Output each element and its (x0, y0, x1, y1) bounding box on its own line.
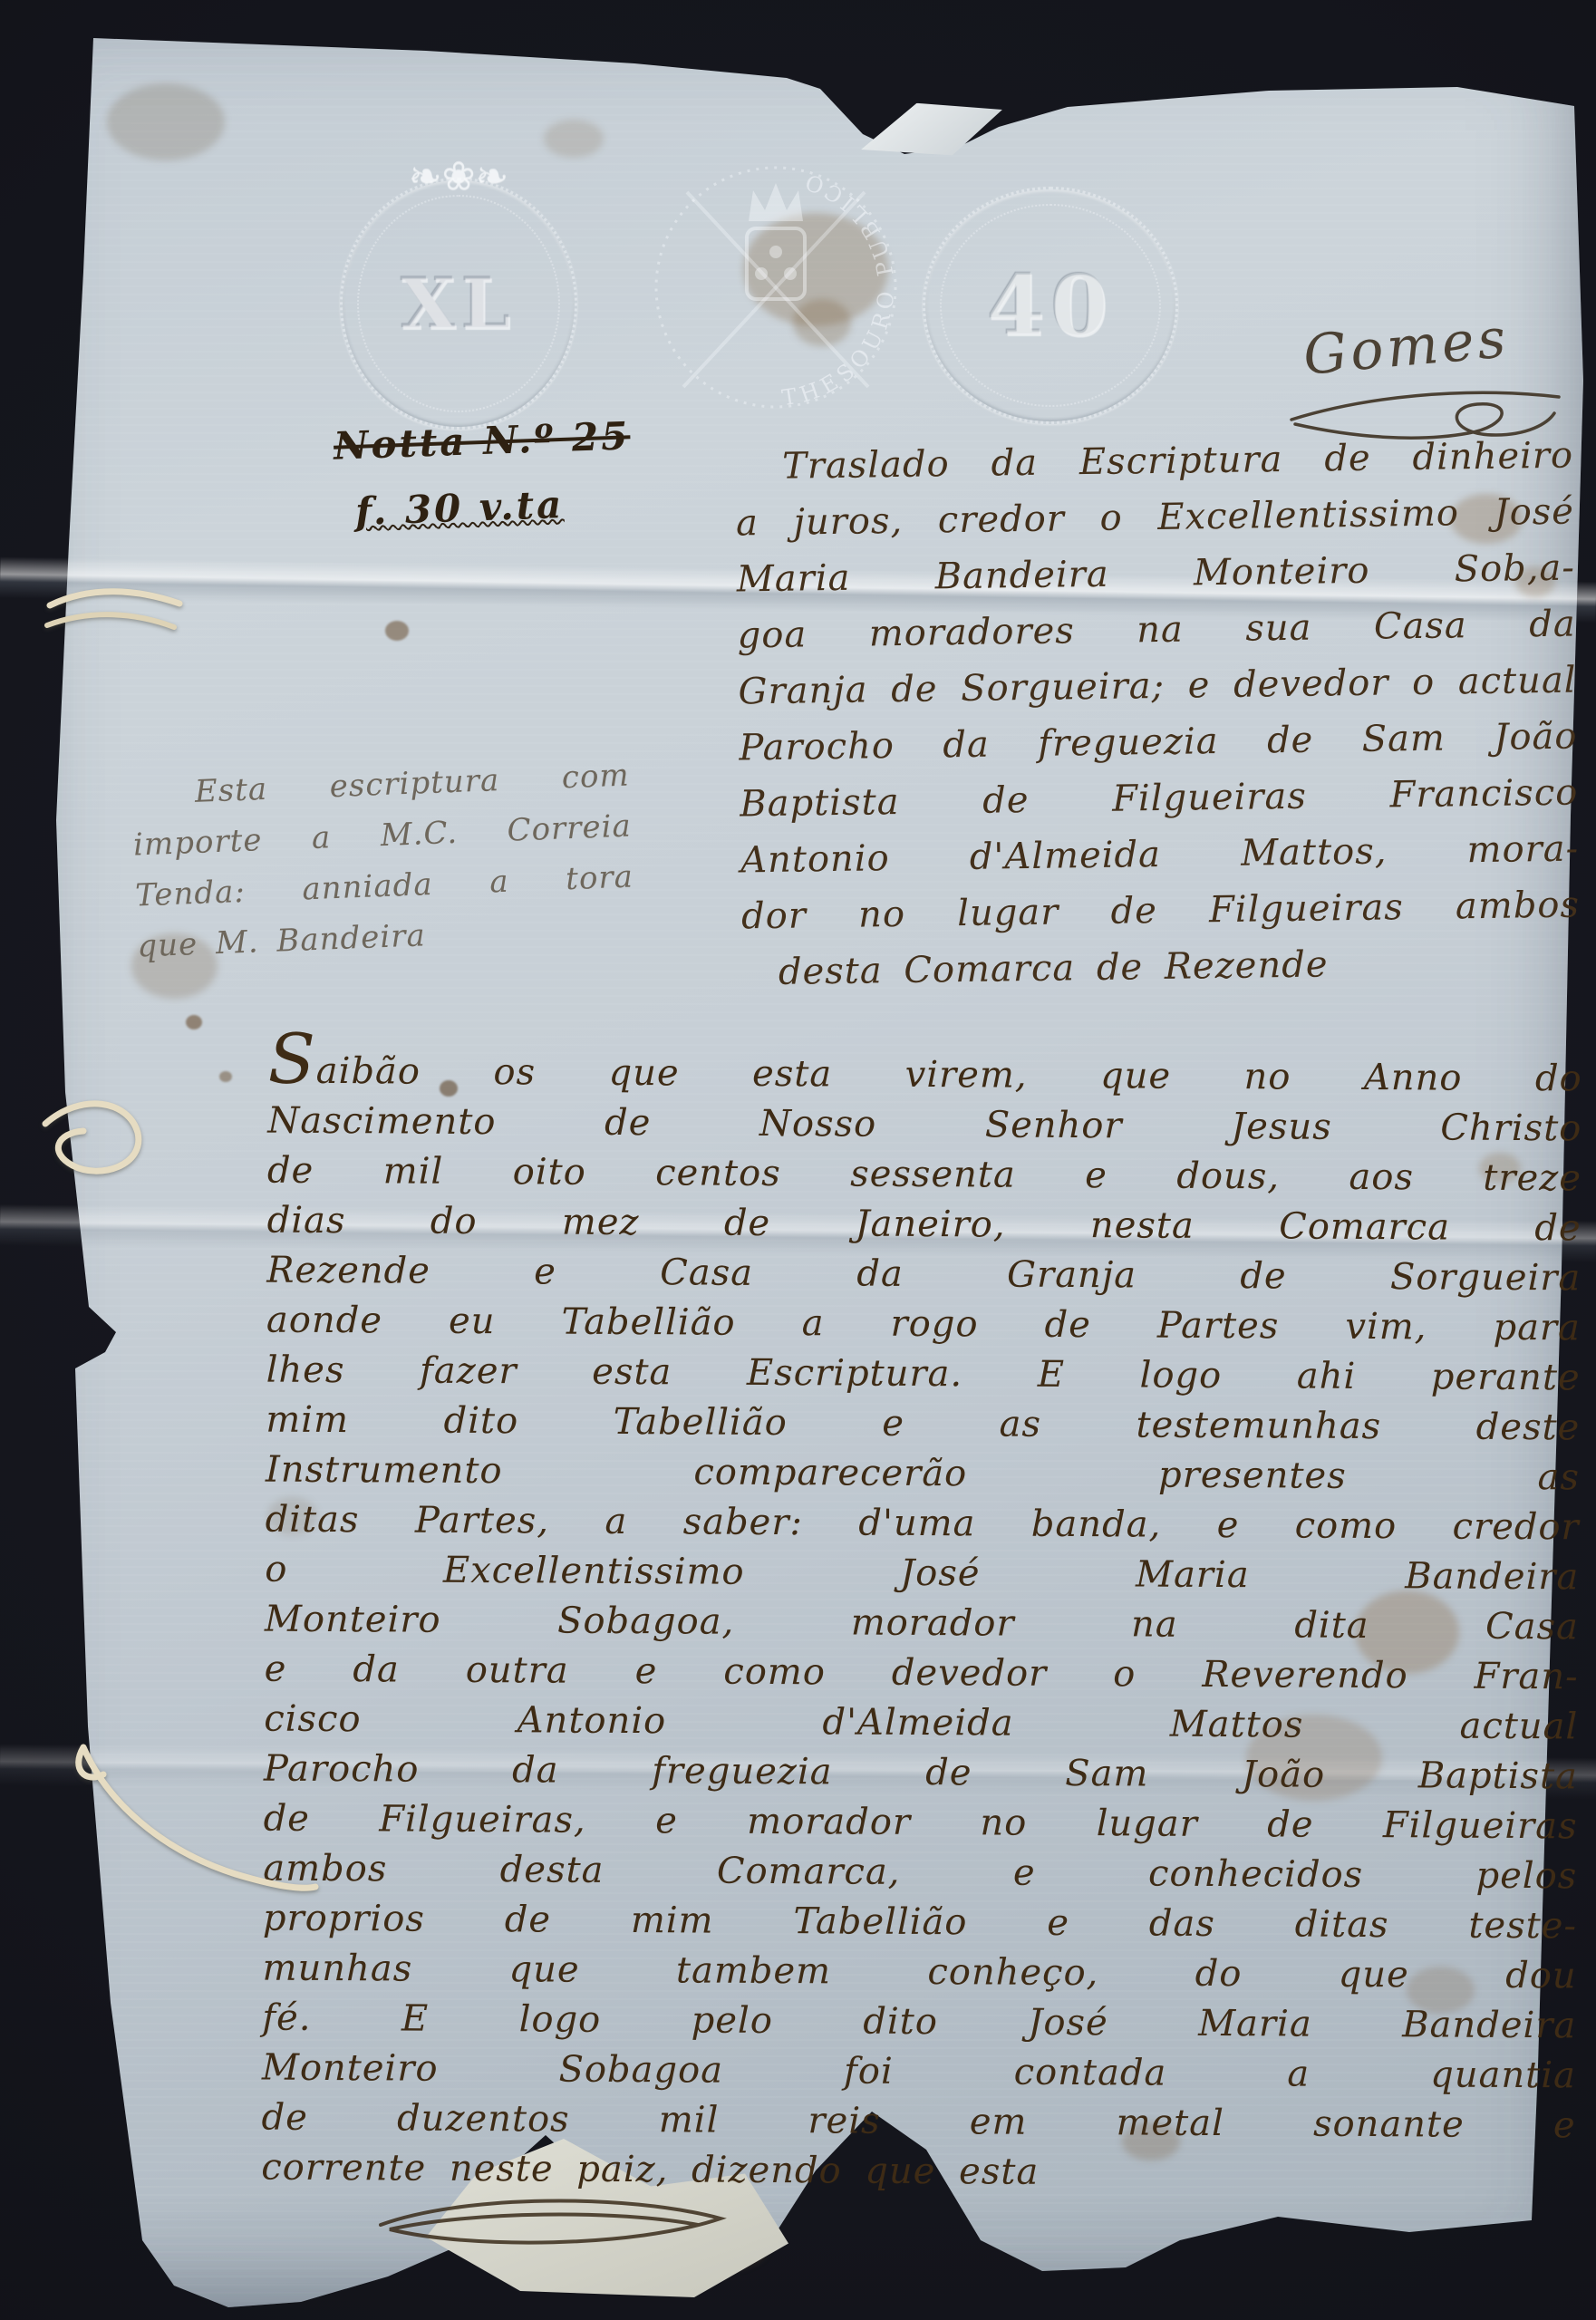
body-line: ambos desta Comarca, e conhecidos pelos (263, 1844, 1577, 1902)
embossed-stamp-right: 40 (923, 187, 1178, 424)
summary-line: dor no lugar de Filgueiras ambos (741, 877, 1581, 945)
body-line: e da outra e como devedor o Reverendo Fr… (264, 1645, 1578, 1703)
body-line: Monteiro Sobagoa, morador na dita Casa (265, 1595, 1579, 1653)
body-line: lhes fazer esta Escriptura. E logo ahi p… (266, 1346, 1580, 1404)
body-line: Saibão os que esta virem, que no Anno do (268, 1039, 1582, 1105)
body-line: Nascimento de Nosso Senhor Jesus Christo (267, 1097, 1581, 1155)
photograph-background: ❧❀❧ XL THESOURO PUBLICO 40 Gomes Notta N… (0, 0, 1596, 2320)
body-line: Parocho da freguezia de Sam João Baptist… (264, 1745, 1578, 1803)
body-line: Rezende e Casa da Granja de Sorgueira (266, 1246, 1581, 1304)
margin-note: Esta escriptura com importe a M.C. Corre… (131, 750, 636, 972)
body-line: dias do mez de Janeiro, nesta Comarca de (267, 1196, 1581, 1254)
body-line: o Excellentissimo José Maria Bandeira (265, 1545, 1579, 1603)
body-line: de mil oito centos sessenta e dous, aos … (267, 1146, 1581, 1204)
body-line: de duzentos mil reis em metal sonante e (261, 2093, 1575, 2151)
body-line: de Filgueiras, e morador no lugar de Fil… (263, 1794, 1577, 1852)
embossed-stamp-left: ❧❀❧ XL (340, 178, 577, 430)
body-line: Instrumento comparecerão presentes as (266, 1445, 1580, 1503)
body-line: proprios de mim Tabellião e das ditas te… (263, 1894, 1577, 1952)
stamp-inner-ring (357, 195, 560, 412)
body-line: mim dito Tabellião e as testemunhas dest… (266, 1396, 1580, 1454)
summary-line: desta Comarca de Rezende (742, 933, 1581, 1001)
crown-icon (749, 183, 803, 221)
bottom-flourish (363, 2175, 743, 2275)
body-line: Monteiro Sobagoa foi contada a quantia (262, 2044, 1576, 2102)
stamp-inner-ring (940, 204, 1161, 407)
deed-body: Saibão os que esta virem, que no Anno do… (261, 1039, 1582, 2201)
treasury-coat-of-arms-stamp: THESOURO PUBLICO (624, 138, 928, 437)
body-line: ditas Partes, a saber: d'uma banda, e co… (265, 1495, 1579, 1553)
body-line: cisco Antonio d'Almeida Mattos actual (264, 1695, 1578, 1753)
body-line: aonde eu Tabellião a rogo de Partes vim,… (266, 1296, 1581, 1354)
body-line: munhas que tambem conheço, do que dou (262, 1944, 1576, 2002)
body-line: fé. E logo pelo dito José Maria Bandeira (262, 1994, 1576, 2052)
deed-summary-block: Traslado da Escriptura de dinheiro a jur… (735, 428, 1581, 1001)
folio-number: f. 30 v.ta (354, 482, 565, 534)
wreath-ornament-icon: ❧❀❧ (409, 153, 509, 199)
